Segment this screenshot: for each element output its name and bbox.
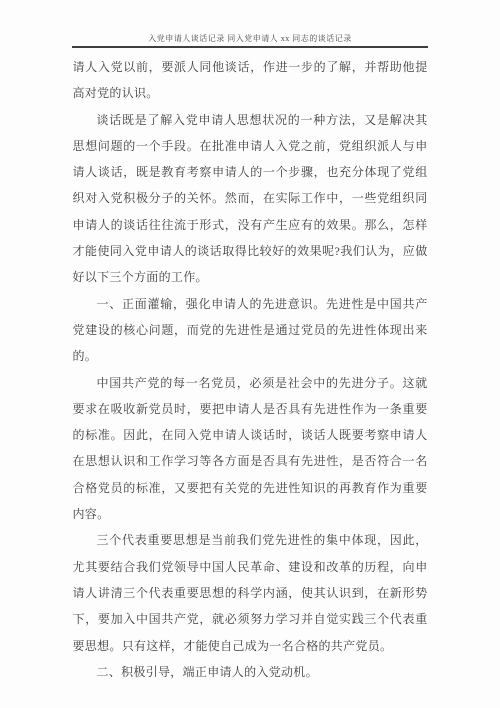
paragraph-2: 谈话既是了解入党申请人思想状况的一种方法，又是解决其思想问题的一个手段。在批准申… (73, 107, 428, 291)
document-body: 请人入党以前，要派人同他谈话，作进一步的了解，并帮助他提高对党的认识。 谈话既是… (73, 54, 428, 685)
paragraph-4: 中国共产党的每一名党员，必须是社会中的先进分子。这就要求在吸收新党员时，要把申请… (73, 370, 428, 528)
header-title: 入党申请人谈话记录 同入党申请人 xx 同志的谈话记录 (0, 33, 500, 44)
page-header: 入党申请人谈话记录 同入党申请人 xx 同志的谈话记录 (0, 0, 500, 48)
document-page: 入党申请人谈话记录 同入党申请人 xx 同志的谈话记录 请人入党以前，要派人同他… (0, 0, 500, 708)
paragraph-3: 一、正面灌输，强化申请人的先进意识。先进性是中国共产党建设的核心问题，而党的先进… (73, 291, 428, 370)
paragraph-5: 三个代表重要思想是当前我们党先进性的集中体现，因此，尤其要结合我们党领导中国人民… (73, 527, 428, 658)
header-divider (72, 46, 428, 48)
paragraph-1: 请人入党以前，要派人同他谈话，作进一步的了解，并帮助他提高对党的认识。 (73, 54, 428, 107)
paragraph-6: 二、积极引导，端正申请人的入党动机。 (73, 659, 428, 685)
